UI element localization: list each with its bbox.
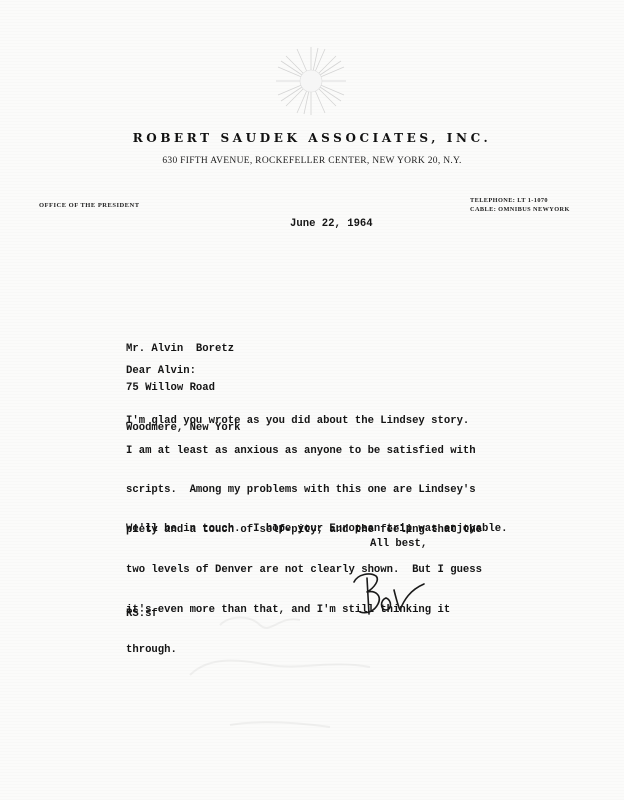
paragraph-line: We'll be in touch. I hope your European …: [126, 523, 507, 535]
company-name: ROBERT SAUDEK ASSOCIATES, INC.: [0, 131, 624, 145]
typist-initials: RS:sf: [126, 608, 158, 620]
office-label: OFFICE OF THE PRESIDENT: [39, 202, 140, 209]
telephone: TELEPHONE: LT 1-1070: [470, 196, 570, 205]
letter-date: June 22, 1964: [290, 218, 373, 230]
cable-address: CABLE: OMNIBUS NEWYORK: [470, 205, 570, 214]
closing: All best,: [370, 538, 427, 550]
paragraph-line: scripts. Among my problems with this one…: [126, 484, 482, 497]
salutation: Dear Alvin:: [126, 365, 196, 377]
paragraph-line: I am at least as anxious as anyone to be…: [126, 445, 482, 458]
contact-info: TELEPHONE: LT 1-1070 CABLE: OMNIBUS NEWY…: [470, 196, 570, 214]
paper-watermark-icon: [160, 605, 400, 770]
company-address: 630 FIFTH AVENUE, ROCKEFELLER CENTER, NE…: [0, 156, 624, 166]
letter-page: ROBERT SAUDEK ASSOCIATES, INC. 630 FIFTH…: [0, 0, 624, 800]
recipient-name: Mr. Alvin Boretz: [126, 343, 240, 356]
paragraph-3: We'll be in touch. I hope your European …: [126, 499, 507, 559]
sunburst-emblem-icon: [275, 45, 347, 117]
